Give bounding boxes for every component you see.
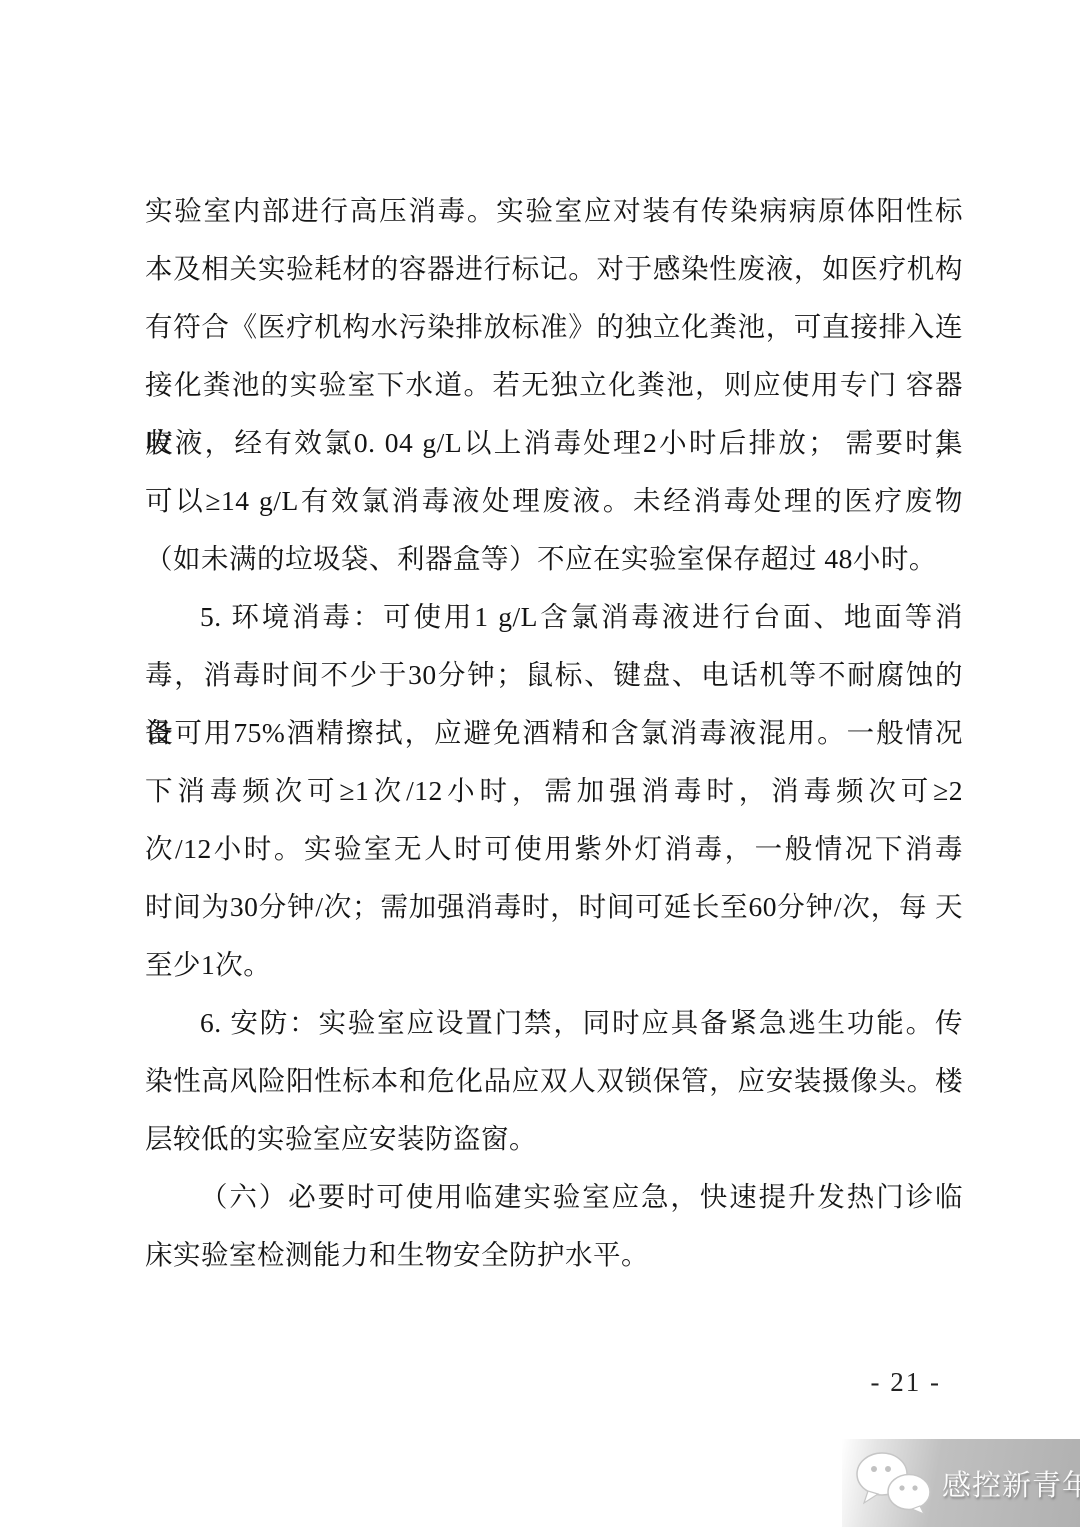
text-line: 备可用75%酒精擦拭，应避免酒精和含氯消毒液混用。一般情况 [145, 704, 963, 762]
text-line: 可以≥14 g/L有效氯消毒液处理废液。未经消毒处理的医疗废物 [145, 472, 963, 530]
text-line: 时间为30分钟/次；需加强消毒时，时间可延长至60分钟/次，每 天 [145, 878, 963, 936]
text-line: 层较低的实验室应安装防盗窗。 [145, 1110, 963, 1168]
text-line: 有符合《医疗机构水污染排放标准》的独立化粪池，可直接排入连 [145, 298, 963, 356]
text-line: 染性高风险阳性标本和危化品应双人双锁保管，应安装摄像头。楼 [145, 1052, 963, 1110]
wechat-icon [854, 1451, 936, 1515]
text-line: 床实验室检测能力和生物安全防护水平。 [145, 1226, 963, 1284]
text-line: 实验室内部进行高压消毒。实验室应对装有传染病病原体阳性标 [145, 182, 963, 240]
text-line: 下消毒频次可≥1次/12小时，需加强消毒时，消毒频次可≥2 [145, 762, 963, 820]
text-line: 毒，消毒时间不少于30分钟；鼠标、键盘、电话机等不耐腐蚀的 设 [145, 646, 963, 704]
document-body: 实验室内部进行高压消毒。实验室应对装有传染病病原体阳性标本及相关实验耗材的容器进… [145, 182, 963, 1284]
watermark-banner: 感控新青年 [842, 1439, 1080, 1527]
text-line: 5. 环境消毒：可使用1 g/L含氯消毒液进行台面、地面等消 [145, 588, 963, 646]
text-line: 废液，经有效氯0. 04 g/L以上消毒处理2小时后排放； 需要时， [145, 414, 963, 472]
text-line: 至少1次。 [145, 936, 963, 994]
text-line: 次/12小时。实验室无人时可使用紫外灯消毒，一般情况下消毒 [145, 820, 963, 878]
text-line: 接化粪池的实验室下水道。若无独立化粪池，则应使用专门 容器收集 [145, 356, 963, 414]
document-page: 实验室内部进行高压消毒。实验室应对装有传染病病原体阳性标本及相关实验耗材的容器进… [0, 0, 1080, 1527]
watermark-text: 感控新青年 [942, 1463, 1080, 1504]
text-line: 本及相关实验耗材的容器进行标记。对于感染性废液，如医疗机构 [145, 240, 963, 298]
text-line: （六）必要时可使用临建实验室应急，快速提升发热门诊临 [145, 1168, 963, 1226]
text-line: 6. 安防：实验室应设置门禁，同时应具备紧急逃生功能。传 [145, 994, 963, 1052]
text-line: （如未满的垃圾袋、利器盒等）不应在实验室保存超过 48小时。 [145, 530, 963, 588]
page-number: - 21 - [145, 1367, 963, 1398]
